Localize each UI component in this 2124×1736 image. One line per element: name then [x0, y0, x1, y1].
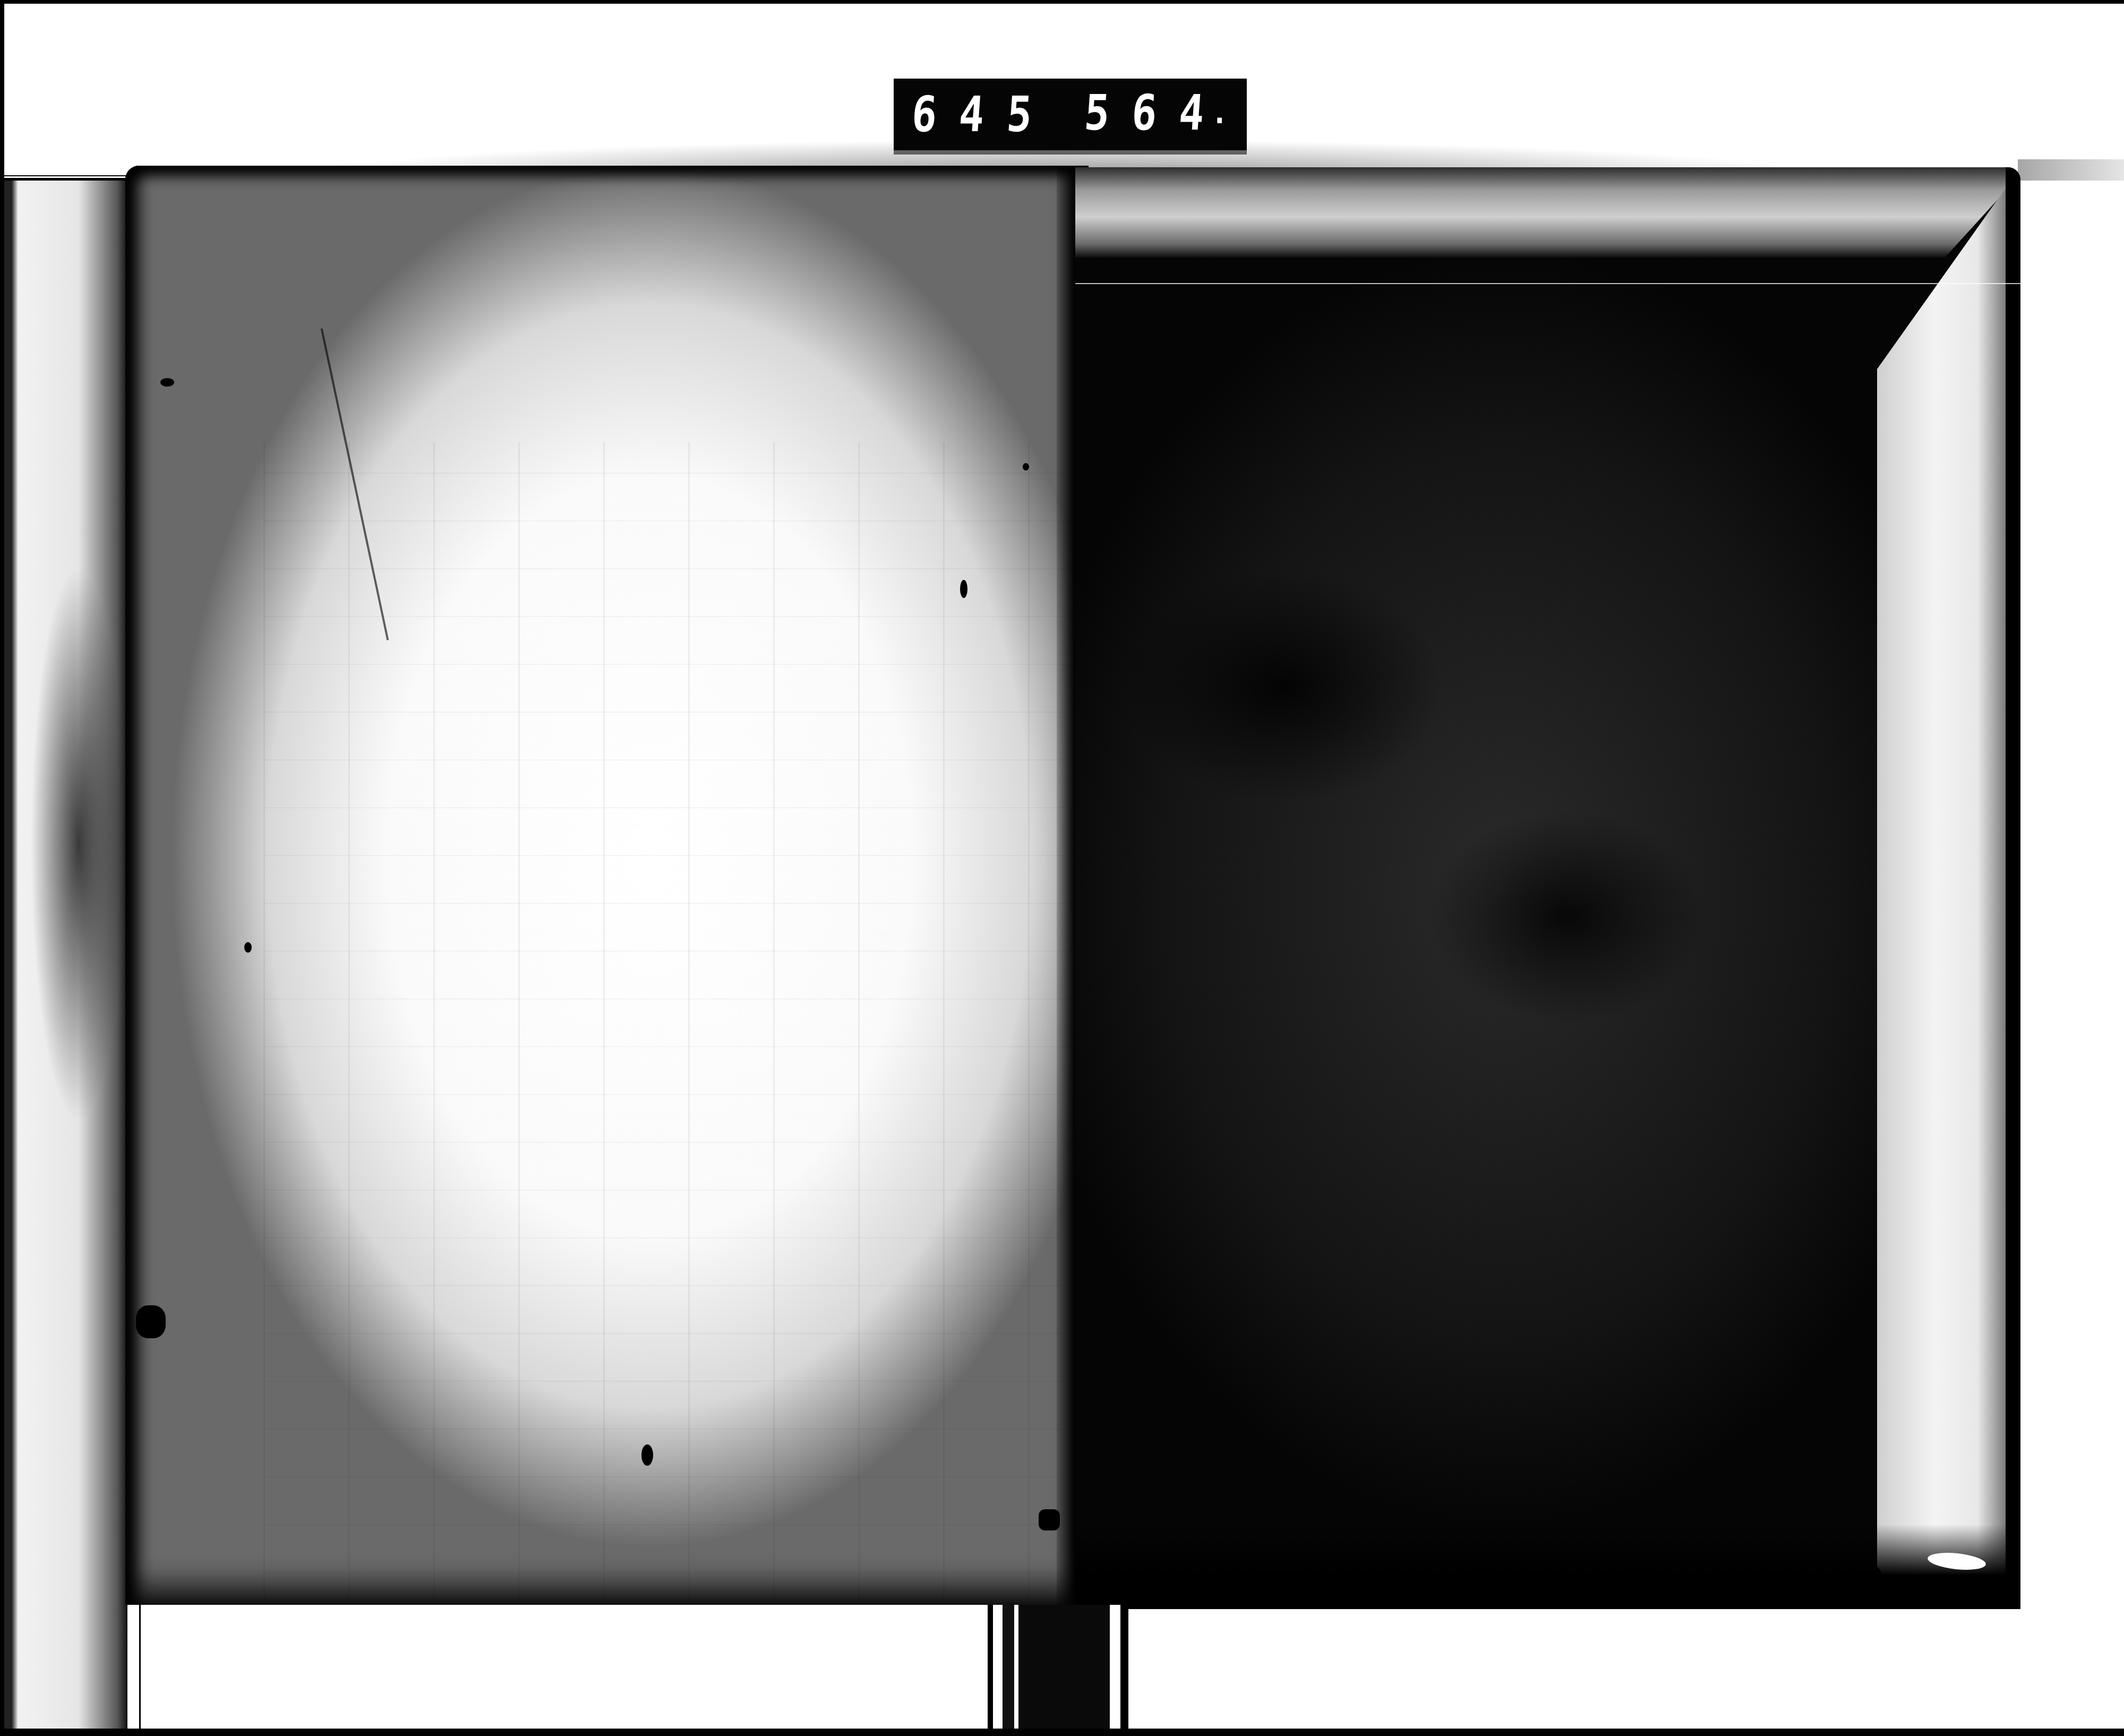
stand-right-panel	[1128, 1609, 2124, 1729]
counter-digit: 5	[1082, 89, 1111, 141]
stand-left-panel	[139, 1605, 990, 1729]
stand-center-post	[988, 1605, 1128, 1729]
scan-hairline-artifact	[1075, 283, 2020, 284]
frame-counter-right-number: 5 6 4 .	[1082, 89, 1231, 141]
right-page-inner-board	[1075, 167, 2020, 1609]
counter-digit: 5	[1005, 90, 1034, 139]
background-right-shadow	[2018, 159, 2124, 181]
counter-trailing-mark: .	[1209, 89, 1231, 141]
frame-counter-left-number: 6 4 5	[910, 90, 1034, 139]
board-edge-shadow	[2006, 167, 2020, 1609]
top-turn-in-margin	[1075, 167, 2020, 258]
ink-blot	[136, 1305, 166, 1338]
scan-canvas: 6 4 5 5 6 4 .	[0, 0, 2124, 1736]
counter-digit: 6	[910, 90, 939, 139]
ink-blot	[160, 378, 174, 387]
counter-digit: 4	[957, 90, 986, 139]
frame-counter-label: 6 4 5 5 6 4 .	[894, 79, 1247, 150]
right-turn-in-margin	[1877, 167, 2020, 1609]
ink-blot	[641, 1444, 653, 1466]
left-page-flyleaf	[125, 166, 1078, 1605]
counter-digit: 4	[1177, 89, 1206, 141]
ink-blot	[1023, 463, 1029, 471]
scan-frame-left-border	[0, 0, 4, 1736]
counter-digit: 6	[1130, 89, 1159, 141]
left-board-rule-thin	[4, 175, 127, 176]
scan-frame-top-border	[0, 0, 2124, 4]
show-through-text-ghost	[263, 442, 1078, 1605]
ink-blot	[244, 942, 252, 953]
bottom-shadow-band	[1075, 1524, 2020, 1609]
ink-blot	[960, 580, 967, 598]
scan-frame-bottom-border	[0, 1729, 2124, 1736]
left-outer-board	[4, 181, 127, 1729]
